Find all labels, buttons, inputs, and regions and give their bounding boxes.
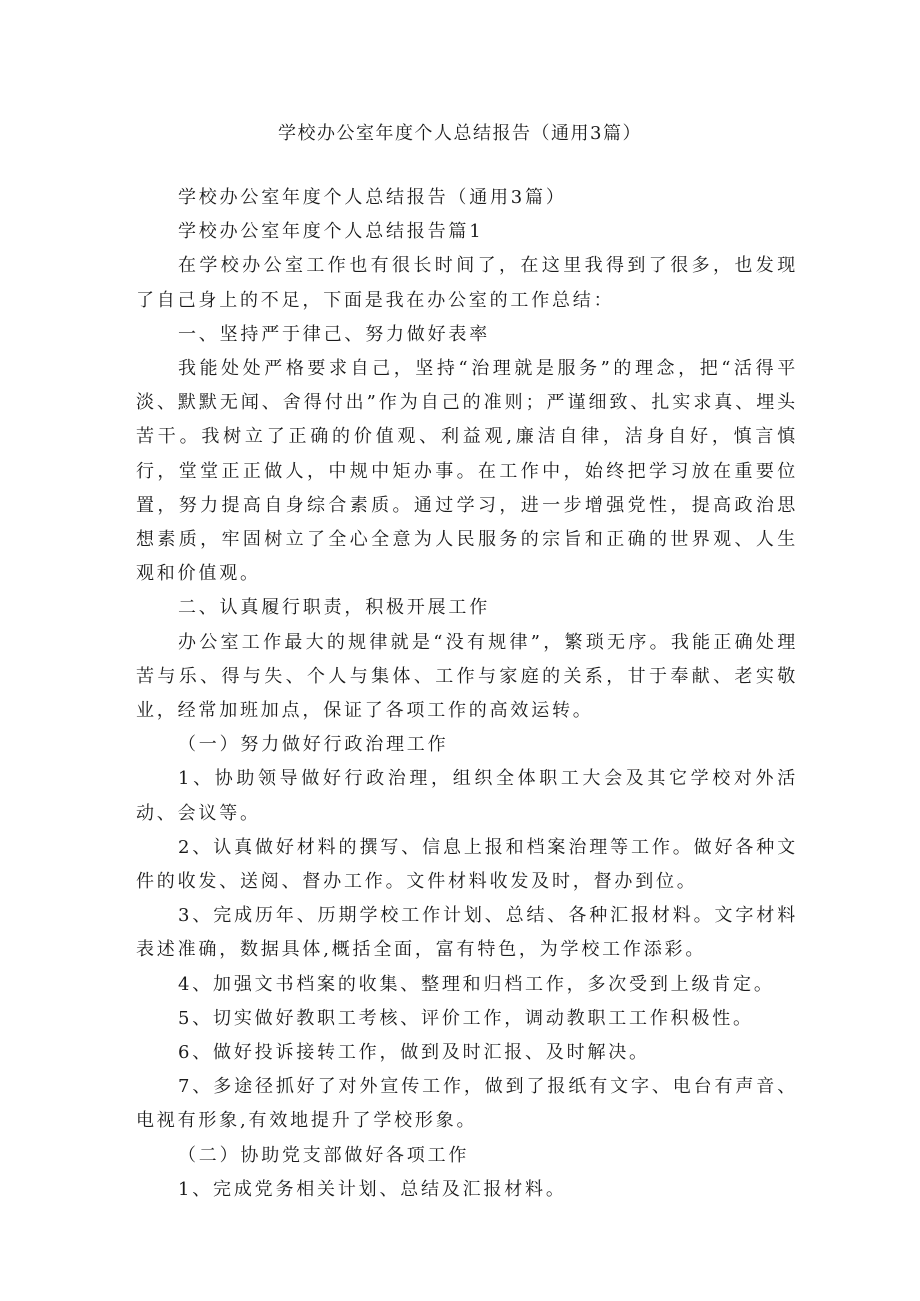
document-title: 学校办公室年度个人总结报告（通用3篇）: [0, 121, 920, 147]
paragraph-self-discipline: 我能处处严格要求自己，坚持“治理就是服务”的理念，把“活得平淡、默默无闻、舍得付…: [136, 352, 798, 591]
heading-subsection-1: （一）努力做好行政治理工作: [136, 728, 798, 762]
document-page: 学校办公室年度个人总结报告（通用3篇） 学校办公室年度个人总结报告（通用3篇） …: [0, 0, 920, 1301]
list-item: 3、完成历年、历期学校工作计划、总结、各种汇报材料。文字材料表述准确，数据具体,…: [136, 899, 798, 967]
list-item: 5、切实做好教职工考核、评价工作，调动教职工工作积极性。: [136, 1002, 798, 1036]
paragraph-subtitle: 学校办公室年度个人总结报告（通用3篇）: [136, 181, 798, 215]
paragraph-section-title: 学校办公室年度个人总结报告篇1: [136, 215, 798, 249]
heading-section-2: 二、认真履行职责，积极开展工作: [136, 591, 798, 625]
list-item: 7、多途径抓好了对外宣传工作，做到了报纸有文字、电台有声音、电视有形象,有效地提…: [136, 1070, 798, 1138]
list-item: 2、认真做好材料的撰写、信息上报和档案治理等工作。做好各种文件的收发、送阅、督办…: [136, 831, 798, 899]
paragraph-office-work: 办公室工作最大的规律就是“没有规律”，繁琐无序。我能正确处理苦与乐、得与失、个人…: [136, 626, 798, 729]
paragraph-intro: 在学校办公室工作也有很长时间了，在这里我得到了很多，也发现了自己身上的不足，下面…: [136, 249, 798, 317]
heading-section-1: 一、坚持严于律己、努力做好表率: [136, 318, 798, 352]
document-body: 学校办公室年度个人总结报告（通用3篇） 学校办公室年度个人总结报告篇1 在学校办…: [136, 181, 798, 1207]
heading-subsection-2: （二）协助党支部做好各项工作: [136, 1139, 798, 1173]
list-item: 1、协助领导做好行政治理，组织全体职工大会及其它学校对外活动、会议等。: [136, 762, 798, 830]
list-item: 6、做好投诉接转工作，做到及时汇报、及时解决。: [136, 1036, 798, 1070]
list-item: 1、完成党务相关计划、总结及汇报材料。: [136, 1173, 798, 1207]
list-item: 4、加强文书档案的收集、整理和归档工作，多次受到上级肯定。: [136, 968, 798, 1002]
